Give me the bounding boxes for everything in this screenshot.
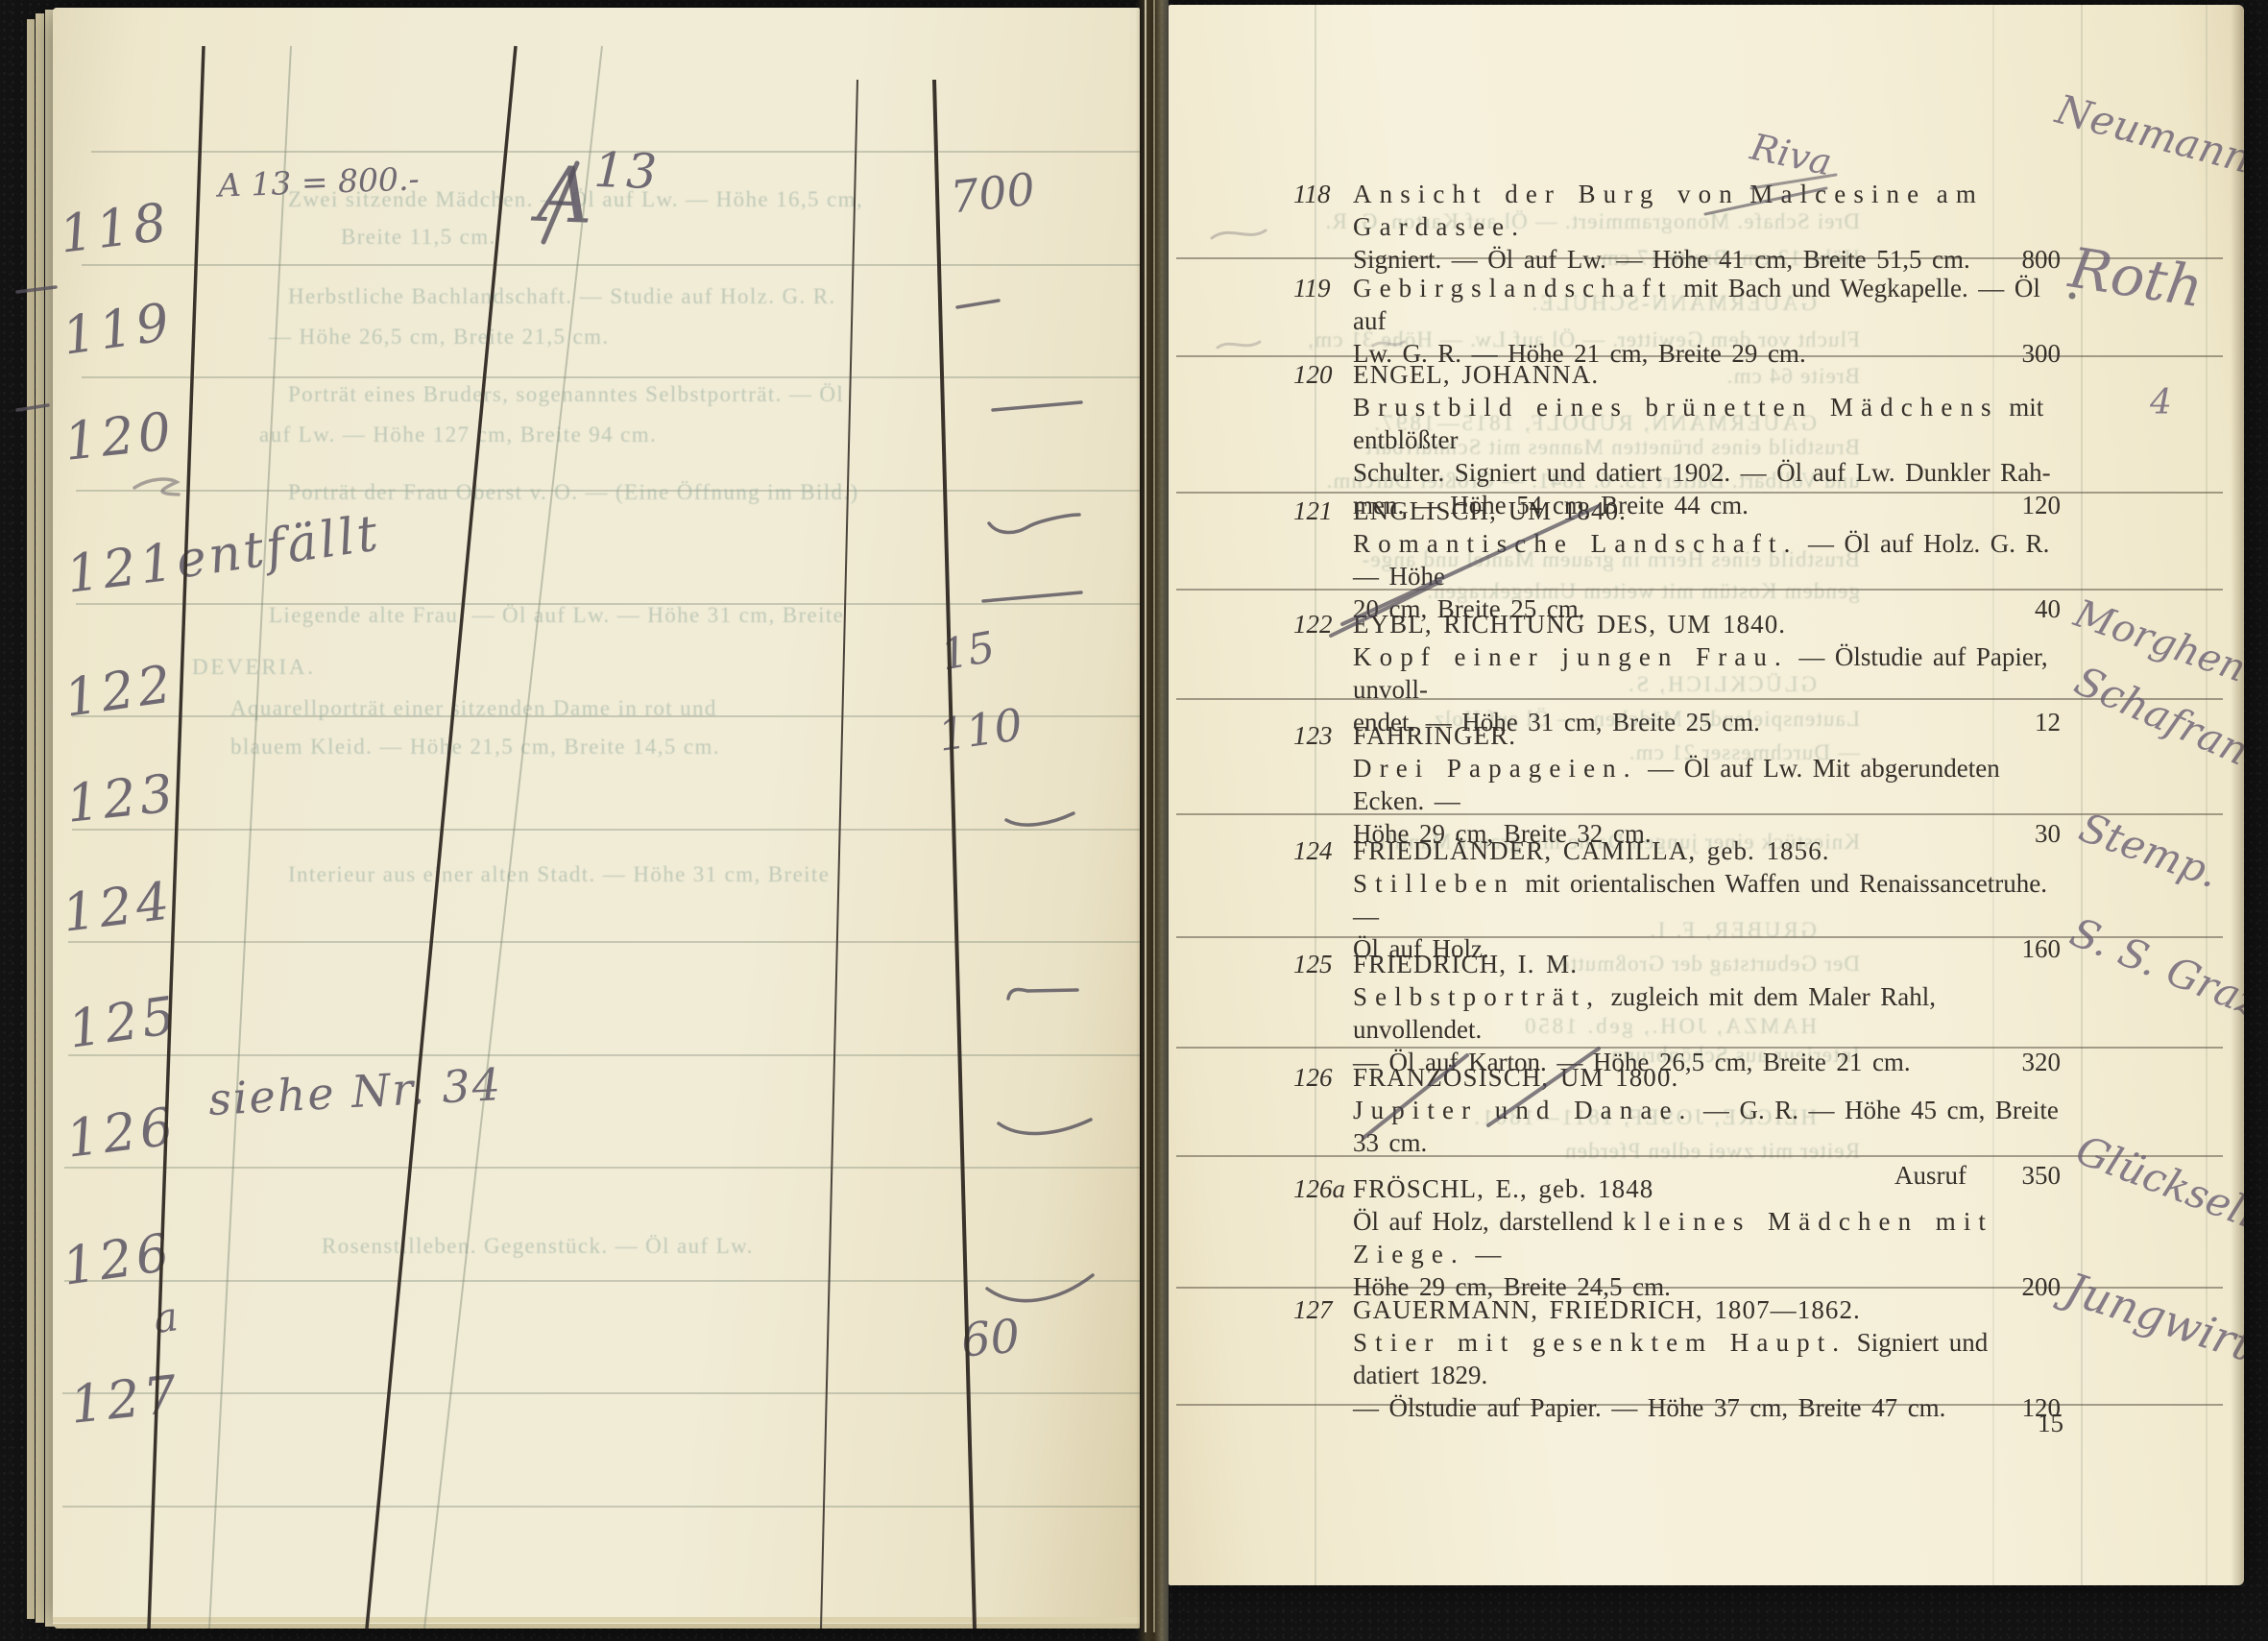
catalog-entry-121: 121 ENGLISCH, UM 1840. Romantische Lands… (1169, 495, 2186, 625)
hw-note-a13: A 13 = 800.- (217, 159, 420, 204)
lot-number: 126 (1293, 1061, 1346, 1094)
catalog-entry-123: 123 FAHRINGER. Drei Papageien. — Öl auf … (1169, 719, 2186, 850)
ruled-line (68, 941, 1140, 943)
page-stack-edge (53, 1617, 1140, 1623)
lot-number: 119 (1293, 272, 1346, 304)
hw-price: 700 (948, 163, 1037, 224)
ruled-line (82, 264, 1140, 266)
artist-name: FRÖSCHL, E., geb. 1848 (1353, 1172, 2061, 1205)
lot-number: 122 (1293, 608, 1346, 640)
entry-title-struck: Malcesine (1749, 180, 1926, 208)
hw-lot-number: 119 (59, 291, 177, 366)
artist-name: FRIEDLÄNDER, CAMILLA, geb. 1856. (1353, 834, 2061, 867)
lot-number: 118 (1293, 178, 1346, 210)
hw-lot-number: 121 (63, 531, 181, 605)
left-page: Zwei sitzende Mädchen. — Öl auf Lw. — Hö… (53, 8, 1140, 1629)
hw-lot-number: 125 (64, 984, 182, 1059)
lot-number: 125 (1293, 948, 1346, 980)
ruled-line (72, 829, 1140, 831)
hw-lot-number: 123 (63, 762, 180, 834)
lot-number: 121 (1293, 495, 1346, 527)
page-stack-edge (36, 13, 44, 1623)
page-edge-line (1145, 0, 1146, 1632)
entry-title: Stier mit gesenktem Haupt. (1353, 1328, 1846, 1357)
hw-price: 110 (935, 698, 1025, 761)
ghost-text: auf Lw. — Höhe 127 cm, Breite 94 cm. (259, 422, 657, 447)
artist-name: FRIEDRICH, I. M. (1353, 948, 2061, 980)
catalog-entry-126a: 126a FRÖSCHL, E., geb. 1848 Öl auf Holz,… (1169, 1172, 2186, 1303)
hw-lot-number-text: 126 (59, 1221, 177, 1296)
ghost-text: Porträt der Frau Oberst v. O. — (Eine Öf… (288, 480, 859, 505)
entry-title: Brustbild eines brünetten Mädchens (1353, 393, 1999, 422)
artist-name: GAUERMANN, FRIEDRICH, 1807—1862. (1353, 1293, 2061, 1326)
hw-a13-number: 13 (592, 142, 660, 200)
catalog-entry-125: 125 FRIEDRICH, I. M. Selbstporträt, zugl… (1169, 948, 2186, 1078)
ghost-text: Rosenstilleben. Gegenstück. — Öl auf Lw. (322, 1234, 754, 1259)
page-edge (2231, 5, 2244, 1585)
lot-number: 123 (1293, 719, 1346, 752)
artist-name: EYBL, RICHTUNG DES, UM 1840. (1353, 608, 2061, 640)
entry-title: Selbstporträt, (1353, 982, 1601, 1011)
catalog-entry-127: 127 GAUERMANN, FRIEDRICH, 1807—1862. Sti… (1169, 1293, 2186, 1424)
entry-title: Drei Papageien. (1353, 754, 1638, 783)
ghost-text: Interieur aus einer alten Stadt. — Höhe … (288, 862, 830, 887)
hw-lot-number: 126 a (59, 1221, 177, 1296)
lot-number: 126a (1293, 1172, 1346, 1205)
estimate-price: 800 (2022, 243, 2062, 276)
ledger-rules (53, 8, 1140, 1629)
right-page: Drei Schafe. Monogrammiert. — Öl auf Kar… (1169, 5, 2244, 1585)
page-stack-edge (53, 1624, 1140, 1629)
entry-title: Ansicht der Burg von (1353, 180, 1740, 208)
ruled-line (64, 1280, 1140, 1282)
hw-mark-a13-big: A13 (536, 140, 660, 237)
lot-number: 124 (1293, 834, 1346, 867)
entry-detail: — (1465, 1240, 1502, 1268)
hw-note-entfaellt: entfällt (173, 504, 384, 590)
ruled-line (82, 376, 1140, 378)
entry-detail: Öl auf Holz, darstellend (1353, 1207, 1623, 1236)
entry-title: Jupiter und Danae. (1353, 1096, 1693, 1124)
ghost-text: blauem Kleid. — Höhe 21,5 cm, Breite 14,… (230, 735, 720, 760)
ghost-text: Porträt eines Bruders, sogenanntes Selbs… (288, 382, 844, 407)
hw-lot-number: 118 (57, 191, 174, 265)
catalog-entry-118: 118 Ansicht der Burg von Malcesine am Ga… (1169, 178, 2186, 276)
entry-title: Gebirgslandschaft (1353, 274, 1674, 302)
entry-title: Stilleben (1353, 869, 1515, 898)
ghost-text: Herbstliche Bachlandschaft. — Studie auf… (288, 284, 836, 309)
page-stack-edge (27, 19, 35, 1619)
hw-note-siehe: siehe Nr. 34 (207, 1058, 503, 1125)
hw-lot-number: 127 (67, 1363, 183, 1436)
hw-a13-letter: A (536, 150, 594, 241)
page-number: 15 (2038, 1409, 2063, 1438)
hw-lot-number: 126 (63, 1096, 181, 1170)
ruled-line (62, 1506, 1140, 1508)
ghost-text: — Höhe 26,5 cm, Breite 21,5 cm. (269, 325, 610, 350)
hw-lot-number: 124 (60, 870, 177, 944)
ghost-text: DEVERIA. (192, 655, 316, 680)
artist-name: FAHRINGER. (1353, 719, 2061, 752)
artist-name: ENGEL, JOHANNA. (1353, 358, 2061, 391)
entry-title: Kopf einer jungen Frau. (1353, 642, 1789, 671)
lot-number: 127 (1293, 1293, 1346, 1326)
book-fold (1136, 0, 1169, 1641)
entry-detail: Schulter. Signiert und datiert 1902. — Ö… (1353, 456, 2061, 489)
ghost-text: Breite 11,5 cm. (341, 225, 496, 250)
hw-lot-number: 120 (61, 400, 178, 472)
ruled-line (68, 1054, 1140, 1056)
ghost-text: Liegende alte Frau. — Öl auf Lw. — Höhe … (269, 603, 844, 628)
entry-title: Romantische Landschaft. (1353, 529, 1798, 558)
artist-name: FRANZÖSISCH, UM 1800. (1353, 1061, 2061, 1094)
entry-detail: Signiert. — Öl auf Lw. — Höhe 41 cm, Bre… (1353, 245, 1970, 274)
lot-number: 120 (1293, 358, 1346, 391)
ruled-line (62, 1392, 1140, 1394)
catalog-entry-124: 124 FRIEDLÄNDER, CAMILLA, geb. 1856. Sti… (1169, 834, 2186, 965)
hw-lot-suffix: a (151, 1292, 185, 1343)
hw-annotation-riva: Riva (1747, 126, 1835, 184)
catalog-entry-126: 126 FRANZÖSISCH, UM 1800. Jupiter und Da… (1169, 1061, 2186, 1159)
ghost-text: Aquarellporträt einer sitzenden Dame in … (230, 696, 717, 721)
entry-detail: — Ölstudie auf Papier. — Höhe 37 cm, Bre… (1353, 1393, 1945, 1422)
hw-price: 15 (937, 623, 999, 681)
hw-buyer-name: 4 (2150, 383, 2172, 422)
page-edge-line (1153, 0, 1155, 1632)
ruled-line (64, 1167, 1140, 1169)
artist-name: ENGLISCH, UM 1840. (1353, 495, 2061, 527)
catalog-entry-119: 119 Gebirgslandschaft mit Bach und Wegka… (1169, 272, 2186, 370)
book-photo: Zwei sitzende Mädchen. — Öl auf Lw. — Hö… (0, 0, 2268, 1641)
hw-price: 60 (959, 1309, 1023, 1367)
